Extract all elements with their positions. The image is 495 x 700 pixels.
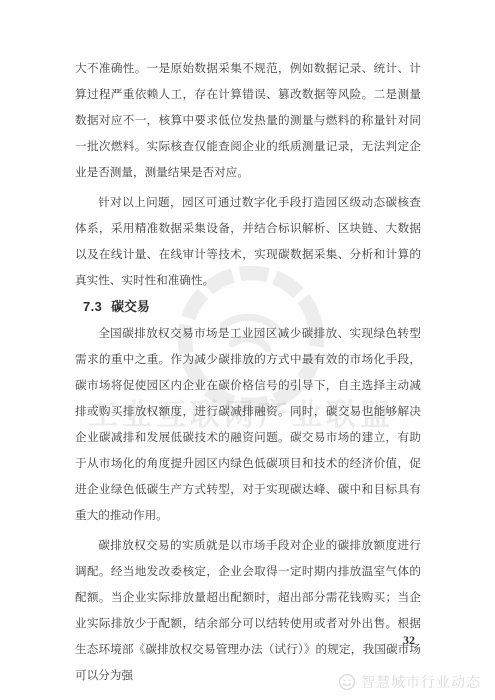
section-heading: 7.3碳交易 — [75, 298, 421, 316]
section-title: 碳交易 — [111, 299, 149, 314]
document-page: 工业互联网产业联盟 大不准确性。一是原始数据采集不规范，例如数据记录、统计、计算… — [0, 0, 495, 700]
section-number: 7.3 — [83, 299, 102, 314]
smiley-face-icon — [338, 673, 356, 691]
paragraph: 碳排放权交易的实质就是以市场手段对企业的碳排放额度进行调配。经当地发改委核定，企… — [75, 533, 421, 689]
paragraph: 全国碳排放权交易市场是工业园区减少碳排放、实现绿色转型需求的重中之重。作为减少碳… — [75, 321, 421, 529]
footer-brand-text: 智慧城市行业动态 — [361, 672, 481, 692]
paragraph: 大不准确性。一是原始数据采集不规范，例如数据记录、统计、计算过程严重依赖人工，存… — [75, 56, 421, 186]
paragraph: 针对以上问题，园区可通过数字化手段打造园区级动态碳核查体系，采用精准数据采集设备… — [75, 190, 421, 294]
footer-brand: 智慧城市行业动态 — [338, 672, 481, 692]
page-number: 32 — [403, 633, 415, 648]
document-content: 大不准确性。一是原始数据采集不规范，例如数据记录、统计、计算过程严重依赖人工，存… — [75, 56, 421, 693]
